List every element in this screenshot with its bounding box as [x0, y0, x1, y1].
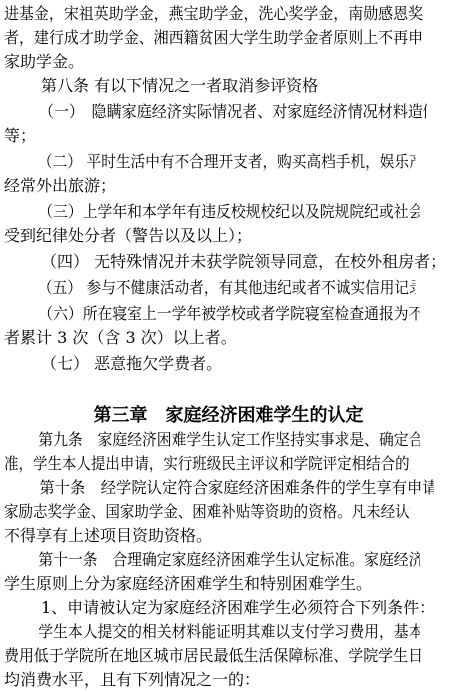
text-line: 第三章 家庭经济困难学生的认定: [4, 404, 453, 428]
text-line: 第十一条 合理确定家庭经济困难学生认定标准。家庭经济困难: [4, 548, 420, 572]
item-7: （七） 恶意拖欠学费者。: [4, 352, 453, 376]
article-9-clause: 第九条 家庭经济困难学生认定工作坚持实事求是、确定合理标准，学生本人提出申请，实…: [4, 428, 453, 476]
text-line: 第十条 经学院认定符合家庭经济困难条件的学生享有申请国: [4, 476, 434, 500]
text-line: 家励志奖学金、国家助学金、困难补贴等资助的资格。凡未经认定者，: [4, 500, 410, 524]
item-1: （一） 隐瞒家庭经济实际情况者、对家庭经济情况材料造假者等；: [4, 100, 453, 148]
clause-condition-1: 1、申请被认定为家庭经济困难学生必须符合下列条件：: [4, 596, 453, 620]
item-3: （三）上学年和本学年有违反校规校纪以及院规院纪或社会公德受到纪律处分者（警告以及…: [4, 200, 453, 248]
text-line: 者，建行成才助学金、湘西籍贫困大学生助学金者原则上不再申请国: [4, 26, 424, 50]
text-line: （五） 参与不健康活动者，有其他违纪或者不诚实信用记录者。: [4, 276, 415, 300]
item-5: （五） 参与不健康活动者，有其他违纪或者不诚实信用记录者。: [4, 276, 453, 300]
text-line: 均消费水平，且有下列情况之一的：: [4, 668, 453, 692]
text-line: 费用低于学院所在地区城市居民最低生活保障标准、学院学生日常平: [4, 644, 424, 668]
text-line: 第九条 家庭经济困难学生认定工作坚持实事求是、确定合理标: [4, 428, 420, 452]
text-line: （三）上学年和本学年有违反校规校纪以及院规院纪或社会公德: [4, 200, 420, 224]
text-line: 家助学金。: [4, 50, 453, 74]
text-line: （四） 无特殊情况并未获学院领导同意，在校外租房者；: [4, 250, 453, 274]
article-11-clause: 第十一条 合理确定家庭经济困难学生认定标准。家庭经济困难学生原则上分为家庭经济困…: [4, 548, 453, 596]
text-line: 第八条 有以下情况之一者取消参评资格: [4, 74, 453, 98]
text-line: 进基金，宋祖英助学金，燕宝助学金，洗心奖学金，南勋感恩奖学金: [4, 2, 424, 26]
document-page: 进基金，宋祖英助学金，燕宝助学金，洗心奖学金，南勋感恩奖学金者，建行成才助学金、…: [0, 0, 457, 692]
text-line: （六）所在寝室上一学年被学校或者学院寝室检查通报为不合格: [4, 302, 420, 326]
text-line: （一） 隐瞒家庭经济实际情况者、对家庭经济情况材料造假者: [4, 100, 427, 124]
para-scholarship-continuation: 进基金，宋祖英助学金，燕宝助学金，洗心奖学金，南勋感恩奖学金者，建行成才助学金、…: [4, 2, 453, 74]
text-line: 学生原则上分为家庭经济困难学生和特别困难学生。: [4, 572, 453, 596]
text-line: 学生本人提交的相关材料能证明其难以支付学习费用，基本生活: [4, 620, 420, 644]
text-line: 1、申请被认定为家庭经济困难学生必须符合下列条件：: [4, 596, 453, 620]
item-2: （二） 平时生活中有不合理开支者，购买高档手机，娱乐产品，经常外出旅游；: [4, 150, 453, 198]
text-line: 等；: [4, 124, 453, 148]
text-line: （二） 平时生活中有不合理开支者，购买高档手机，娱乐产品，: [4, 150, 415, 174]
text-line: 者累计 3 次（含 3 次）以上者。: [4, 326, 453, 350]
text-line: 不得享有上述项目资助资格。: [4, 524, 453, 548]
item-6: （六）所在寝室上一学年被学校或者学院寝室检查通报为不合格者累计 3 次（含 3 …: [4, 302, 453, 350]
text-line: （七） 恶意拖欠学费者。: [4, 352, 453, 376]
text-line: 准，学生本人提出申请，实行班级民主评议和学院评定相结合的原则。: [4, 452, 410, 476]
chapter-3-heading: 第三章 家庭经济困难学生的认定: [4, 404, 453, 428]
para-condition-detail: 学生本人提交的相关材料能证明其难以支付学习费用，基本生活费用低于学院所在地区城市…: [4, 620, 453, 692]
item-4: （四） 无特殊情况并未获学院领导同意，在校外租房者；: [4, 250, 453, 274]
article-10-clause: 第十条 经学院认定符合家庭经济困难条件的学生享有申请国家励志奖学金、国家助学金、…: [4, 476, 453, 548]
article-8-clause: 第八条 有以下情况之一者取消参评资格: [4, 74, 453, 98]
text-line: 经常外出旅游；: [4, 174, 453, 198]
text-line: 受到纪律处分者（警告以及以上）；: [4, 224, 453, 248]
